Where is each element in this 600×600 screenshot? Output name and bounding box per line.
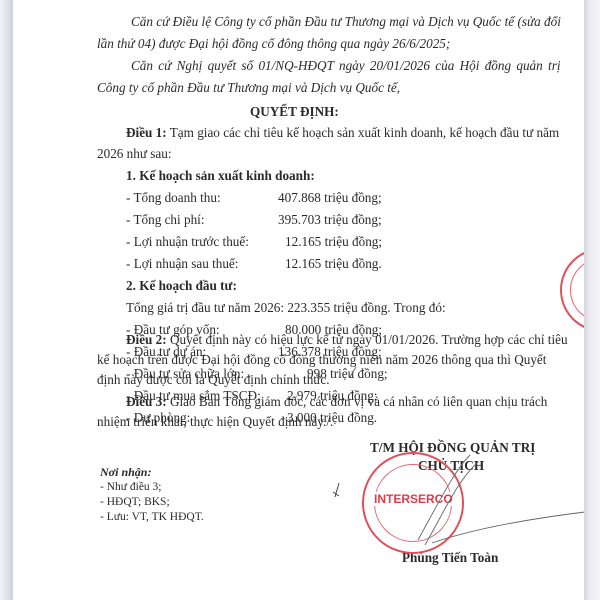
handwritten-signature: [0, 0, 600, 600]
viewer-right-margin-overlay: [584, 0, 600, 600]
